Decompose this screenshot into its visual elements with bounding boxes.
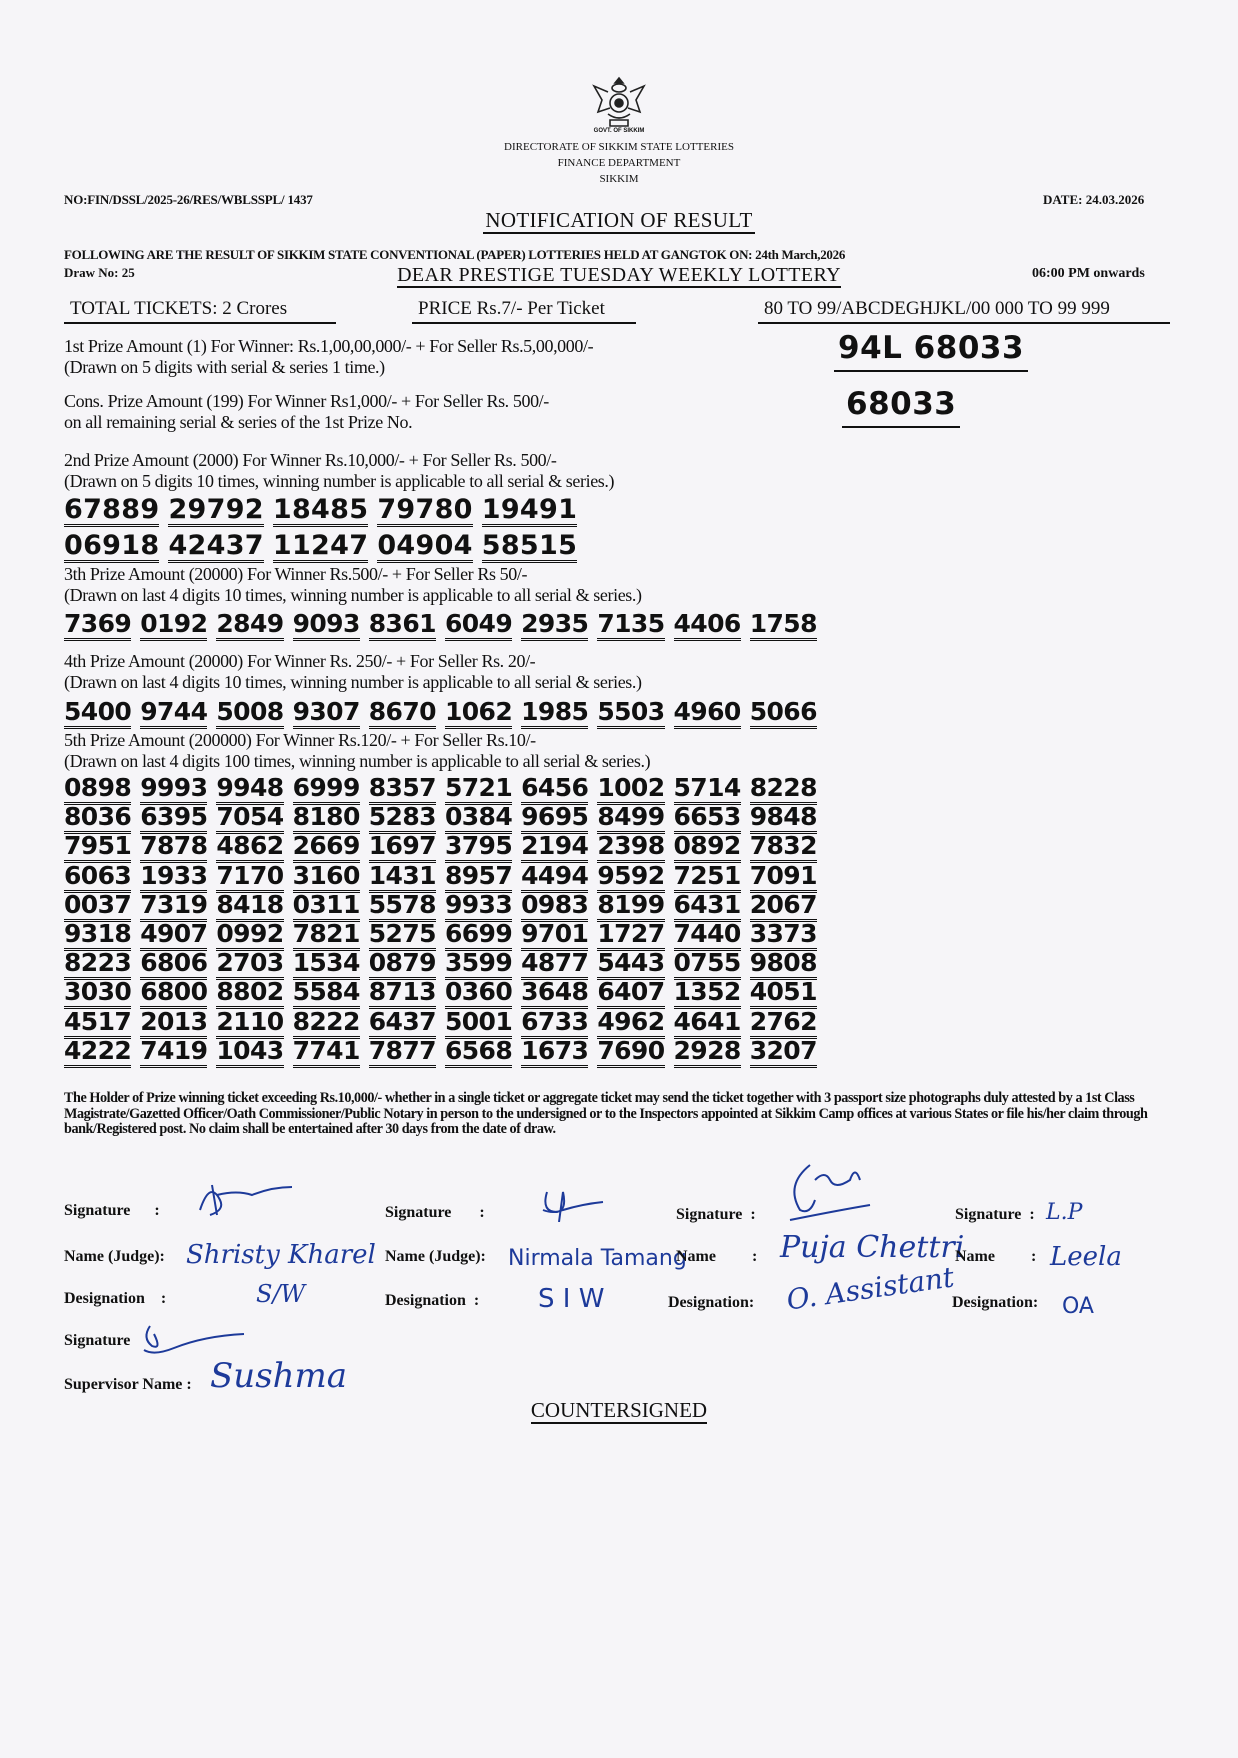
department-name: FINANCE DEPARTMENT [0, 156, 1238, 171]
winning-number: 4641 [674, 1009, 741, 1039]
winning-number: 8361 [369, 611, 436, 641]
notification-date: DATE: 24.03.2026 [1043, 192, 1144, 208]
first-prize-description: 1st Prize Amount (1) For Winner: Rs.1,00… [64, 336, 593, 378]
winning-number: 0360 [445, 979, 512, 1009]
winning-number: 8228 [750, 775, 817, 805]
winning-number: 8957 [445, 863, 512, 893]
winning-number: 4862 [216, 833, 283, 863]
official3-signature-label: Signature : [676, 1206, 756, 1224]
number-row: 0898999399486999835757216456100257148228 [64, 775, 817, 805]
total-tickets: TOTAL TICKETS: 2 Crores [64, 298, 336, 324]
winning-number: 0384 [445, 804, 512, 834]
winning-number: 6456 [521, 775, 588, 805]
winning-number: 9093 [293, 611, 360, 641]
winning-number: 8036 [64, 804, 131, 834]
number-row: 0691842437112470490458515 [64, 533, 577, 563]
winning-number: 6395 [140, 804, 207, 834]
number-row: 0037731984180311557899330983819964312067 [64, 892, 817, 922]
winning-number: 6407 [597, 979, 664, 1009]
winning-number: 1697 [369, 833, 436, 863]
reference-number: NO:FIN/DSSL/2025-26/RES/WBLSSPL/ 1437 [64, 192, 313, 208]
consolation-prize-number: 68033 [842, 386, 960, 422]
winning-number: 9318 [64, 921, 131, 951]
winning-number: 11247 [273, 533, 368, 563]
number-row: 9318490709927821527566999701172774403373 [64, 921, 817, 951]
winning-number: 2398 [597, 833, 664, 863]
official4-signature-label: Signature : [955, 1206, 1035, 1224]
winning-number: 0983 [521, 892, 588, 922]
directorate-name: DIRECTORATE OF SIKKIM STATE LOTTERIES [0, 140, 1238, 155]
judge2-name-label: Name (Judge): [385, 1248, 486, 1266]
winning-number: 3795 [445, 833, 512, 863]
winning-number: 9701 [521, 921, 588, 951]
winning-number: 2849 [216, 611, 283, 641]
supervisor-name-label: Supervisor Name : [64, 1376, 192, 1394]
winning-number: 5443 [597, 950, 664, 980]
winning-number: 5008 [216, 699, 283, 729]
judge2-signature-icon [535, 1182, 625, 1222]
winning-number: 9993 [140, 775, 207, 805]
official4-signature-value: L.P [1046, 1200, 1082, 1225]
winning-number: 3030 [64, 979, 131, 1009]
winning-number: 42437 [168, 533, 263, 563]
winning-number: 0892 [674, 833, 741, 863]
winning-number: 6806 [140, 950, 207, 980]
official3-designation-label: Designation: [668, 1294, 754, 1312]
winning-number: 7821 [293, 921, 360, 951]
winning-number: 9744 [140, 699, 207, 729]
winning-number: 5503 [597, 699, 664, 729]
winning-number: 7741 [293, 1038, 360, 1068]
winning-number: 6653 [674, 804, 741, 834]
official3-name-label: Name : [676, 1248, 757, 1266]
number-row: 3030680088025584871303603648640713524051 [64, 979, 817, 1009]
winning-number: 1002 [597, 775, 664, 805]
official3-name-value: Puja Chettri [780, 1230, 964, 1265]
winning-number: 5275 [369, 921, 436, 951]
winning-number: 7951 [64, 833, 131, 863]
winning-number: 7319 [140, 892, 207, 922]
winning-number: 3373 [750, 921, 817, 951]
first-prize-number: 94L 68033 [834, 330, 1028, 366]
winning-number: 5400 [64, 699, 131, 729]
winning-number: 6699 [445, 921, 512, 951]
winning-number: 8418 [216, 892, 283, 922]
number-row: 4517201321108222643750016733496246412762 [64, 1009, 817, 1039]
winning-number: 4406 [674, 611, 741, 641]
judge1-signature-icon [192, 1180, 312, 1220]
state-name: SIKKIM [0, 172, 1238, 187]
winning-number: 7251 [674, 863, 741, 893]
number-row: 7369019228499093836160492935713544061758 [64, 611, 817, 641]
number-row: 5400974450089307867010621985550349605066 [64, 699, 817, 729]
judge1-signature-label: Signature : [64, 1202, 160, 1220]
judge2-designation-label: Designation : [385, 1292, 479, 1310]
winning-number: 9933 [445, 892, 512, 922]
winning-number: 4494 [521, 863, 588, 893]
number-row: 8036639570548180528303849695849966539848 [64, 804, 817, 834]
winning-number: 06918 [64, 533, 159, 563]
supervisor-name-value: Sushma [210, 1356, 347, 1396]
winning-number: 0755 [674, 950, 741, 980]
winning-number: 7369 [64, 611, 131, 641]
winning-number: 7135 [597, 611, 664, 641]
winning-number: 2067 [750, 892, 817, 922]
winning-number: 8180 [293, 804, 360, 834]
winning-number: 4051 [750, 979, 817, 1009]
winning-number: 7170 [216, 863, 283, 893]
winning-number: 2935 [521, 611, 588, 641]
winning-number: 5283 [369, 804, 436, 834]
winning-number: 0037 [64, 892, 131, 922]
winning-number: 4877 [521, 950, 588, 980]
winning-number: 2762 [750, 1009, 817, 1039]
winning-number: 5584 [293, 979, 360, 1009]
winning-number: 0879 [369, 950, 436, 980]
draw-timing: 06:00 PM onwards [1032, 266, 1145, 282]
official4-name-value: Leela [1050, 1242, 1122, 1272]
official4-designation-label: Designation: [952, 1294, 1038, 1312]
winning-number: 7419 [140, 1038, 207, 1068]
consolation-prize-description: Cons. Prize Amount (199) For Winner Rs1,… [64, 391, 549, 433]
winning-number: 6049 [445, 611, 512, 641]
winning-number: 9948 [216, 775, 283, 805]
official3-designation-value: O. Assistant [785, 1260, 957, 1316]
winning-number: 9695 [521, 804, 588, 834]
winning-number: 4960 [674, 699, 741, 729]
winning-number: 9307 [293, 699, 360, 729]
judge1-name-label: Name (Judge): [64, 1248, 165, 1266]
winning-number: 1985 [521, 699, 588, 729]
winning-number: 6999 [293, 775, 360, 805]
winning-number: 4222 [64, 1038, 131, 1068]
following-line: FOLLOWING ARE THE RESULT OF SIKKIM STATE… [64, 247, 845, 263]
winning-number: 5578 [369, 892, 436, 922]
winning-number: 1758 [750, 611, 817, 641]
winning-number: 04904 [377, 533, 472, 563]
judge1-designation-label: Designation : [64, 1290, 166, 1308]
ticket-stats: TOTAL TICKETS: 2 Crores PRICE Rs.7/- Per… [64, 298, 1170, 322]
supervisor-signature-icon [138, 1318, 268, 1358]
winning-number: 7054 [216, 804, 283, 834]
winning-number: 7877 [369, 1038, 436, 1068]
winning-number: 1043 [216, 1038, 283, 1068]
winning-number: 8499 [597, 804, 664, 834]
winning-number: 2928 [674, 1038, 741, 1068]
govt-label: GOVT. OF SIKKIM [0, 128, 1238, 134]
winning-number: 6431 [674, 892, 741, 922]
winning-number: 5721 [445, 775, 512, 805]
winning-number: 1673 [521, 1038, 588, 1068]
winning-number: 18485 [273, 497, 368, 527]
winning-number: 29792 [168, 497, 263, 527]
fourth-prize-description: 4th Prize Amount (20000) For Winner Rs. … [64, 651, 642, 693]
winning-number: 2110 [216, 1009, 283, 1039]
winning-number: 0311 [293, 892, 360, 922]
winning-number: 19491 [482, 497, 577, 527]
winning-number: 4517 [64, 1009, 131, 1039]
winning-number: 9808 [750, 950, 817, 980]
winning-number: 1727 [597, 921, 664, 951]
judge2-name-value: Nirmala Tamang [508, 1246, 687, 1271]
judge1-name-value: Shristy Kharel [186, 1240, 376, 1270]
winning-number: 3648 [521, 979, 588, 1009]
winning-number: 4907 [140, 921, 207, 951]
ticket-range: 80 TO 99/ABCDEGHJKL/00 000 TO 99 999 [758, 298, 1170, 324]
judge2-designation-value: S I W [538, 1284, 604, 1314]
winning-number: 6800 [140, 979, 207, 1009]
winning-number: 58515 [482, 533, 577, 563]
winning-number: 9848 [750, 804, 817, 834]
winning-number: 2013 [140, 1009, 207, 1039]
number-row: 4222741910437741787765681673769029283207 [64, 1038, 817, 1068]
winning-number: 1431 [369, 863, 436, 893]
winning-number: 0992 [216, 921, 283, 951]
winning-number: 6437 [369, 1009, 436, 1039]
winning-number: 8199 [597, 892, 664, 922]
winning-number: 8670 [369, 699, 436, 729]
fifth-prize-description: 5th Prize Amount (200000) For Winner Rs.… [64, 730, 650, 772]
winning-number: 8357 [369, 775, 436, 805]
sikkim-emblem-icon [588, 72, 650, 134]
winning-number: 67889 [64, 497, 159, 527]
winning-number: 8802 [216, 979, 283, 1009]
winning-number: 7878 [140, 833, 207, 863]
winning-number: 7091 [750, 863, 817, 893]
winning-number: 3207 [750, 1038, 817, 1068]
number-row: 6063193371703160143189574494959272517091 [64, 863, 817, 893]
winning-number: 6568 [445, 1038, 512, 1068]
second-prize-description: 2nd Prize Amount (2000) For Winner Rs.10… [64, 450, 614, 492]
winning-number: 7832 [750, 833, 817, 863]
number-row: 6788929792184857978019491 [64, 497, 577, 527]
winning-number: 6063 [64, 863, 131, 893]
number-row: 7951787848622669169737952194239808927832 [64, 833, 817, 863]
winning-number: 2703 [216, 950, 283, 980]
winning-number: 2669 [293, 833, 360, 863]
winning-number: 1933 [140, 863, 207, 893]
judge1-designation-value: S/W [256, 1280, 305, 1308]
winning-number: 1062 [445, 699, 512, 729]
winning-number: 9592 [597, 863, 664, 893]
supervisor-signature-label: Signature [64, 1332, 130, 1350]
number-row: 8223680627031534087935994877544307559808 [64, 950, 817, 980]
winning-number: 5066 [750, 699, 817, 729]
official4-name-label: Name : [955, 1248, 1036, 1266]
winning-number: 0898 [64, 775, 131, 805]
winning-number: 8222 [293, 1009, 360, 1039]
winning-number: 3160 [293, 863, 360, 893]
winning-number: 8223 [64, 950, 131, 980]
winning-number: 7440 [674, 921, 741, 951]
official3-signature-icon [780, 1160, 930, 1240]
winning-number: 3599 [445, 950, 512, 980]
third-prize-description: 3th Prize Amount (20000) For Winner Rs.5… [64, 564, 642, 606]
claim-notice: The Holder of Prize winning ticket excee… [64, 1091, 1174, 1138]
winning-number: 5714 [674, 775, 741, 805]
ticket-price: PRICE Rs.7/- Per Ticket [412, 298, 636, 324]
countersigned-label: COUNTERSIGNED [0, 1398, 1238, 1423]
winning-number: 1534 [293, 950, 360, 980]
winning-number: 2194 [521, 833, 588, 863]
winning-number: 79780 [377, 497, 472, 527]
judge2-signature-label: Signature : [385, 1204, 485, 1222]
winning-number: 8713 [369, 979, 436, 1009]
winning-number: 7690 [597, 1038, 664, 1068]
official4-designation-value: OA [1062, 1294, 1094, 1319]
notification-title: NOTIFICATION OF RESULT [0, 208, 1238, 233]
winning-number: 5001 [445, 1009, 512, 1039]
winning-number: 4962 [597, 1009, 664, 1039]
winning-number: 6733 [521, 1009, 588, 1039]
winning-number: 1352 [674, 979, 741, 1009]
winning-number: 0192 [140, 611, 207, 641]
